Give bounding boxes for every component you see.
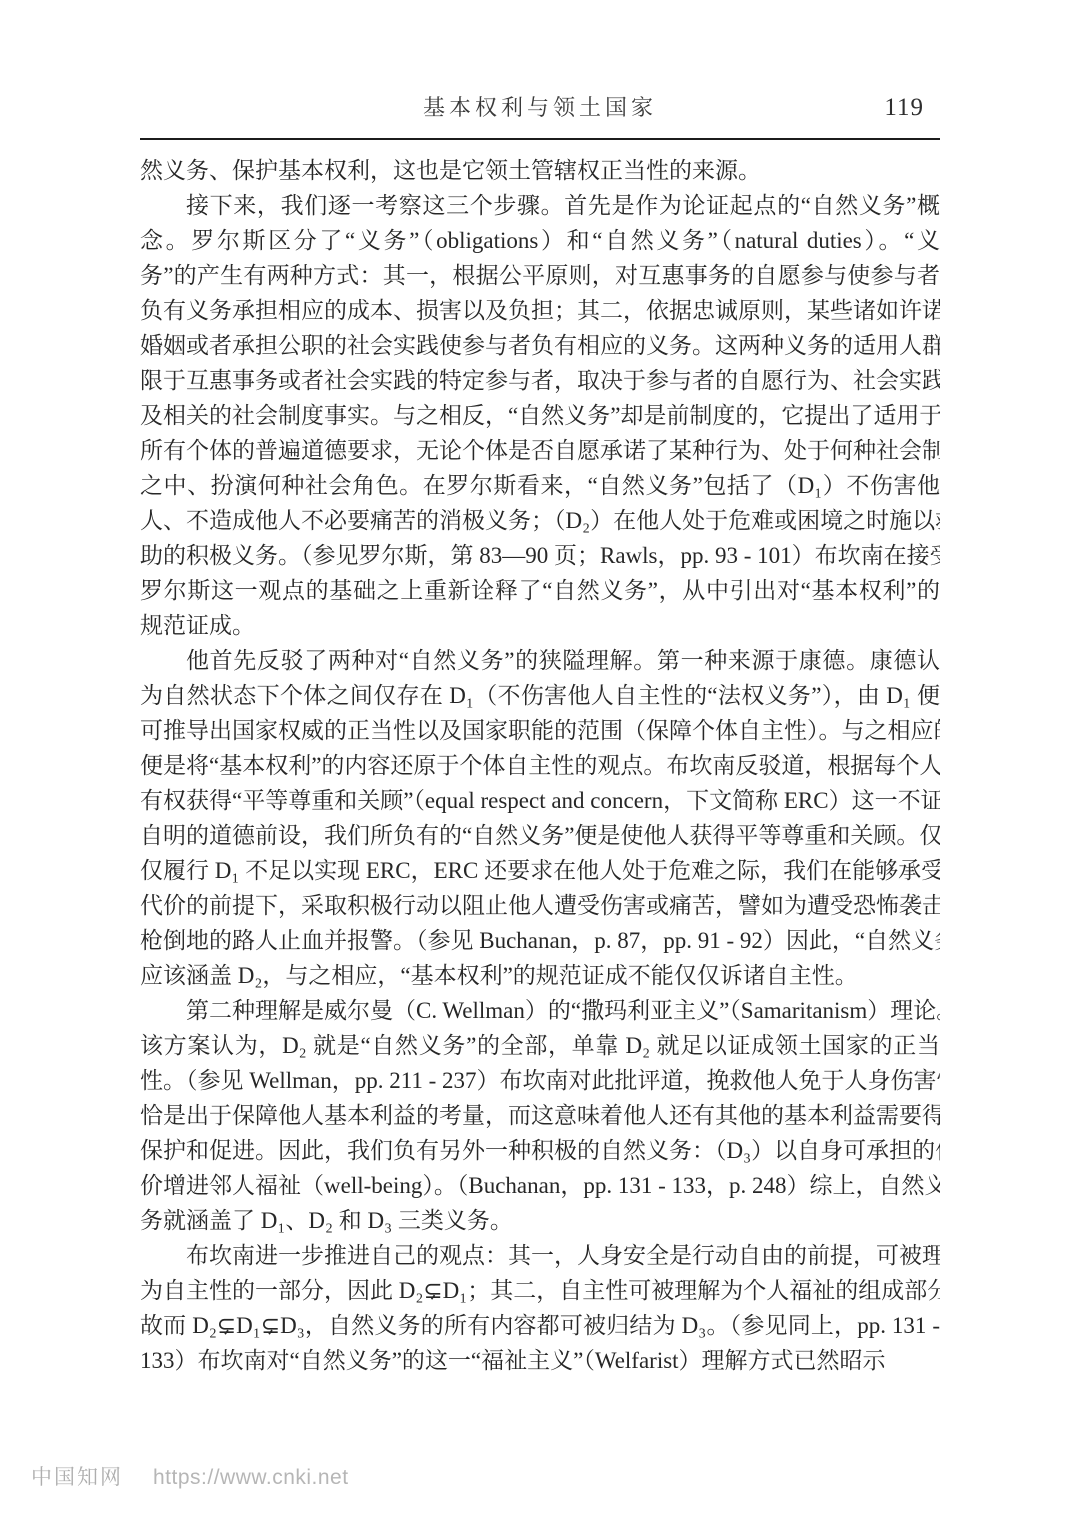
text-line: 务就涵盖了 D₁、D₂ 和 D₃ 三类义务。	[140, 1203, 940, 1238]
text-line: 故而 D₂⊊D₁⊊D₃，自然义务的所有内容都可被归结为 D₃。（参见同上，pp.…	[140, 1308, 940, 1343]
text-line: 仅履行 D₁ 不足以实现 ERC，ERC 还要求在他人处于危难之际，我们在能够承…	[140, 853, 940, 888]
text-line: 自明的道德前设，我们所负有的“自然义务”便是使他人获得平等尊重和关顾。仅	[140, 818, 940, 853]
text-line: 代价的前提下，采取积极行动以阻止他人遭受伤害或痛苦，譬如为遭受恐怖袭击中	[140, 888, 940, 923]
text-line: 之中、扮演何种社会角色。在罗尔斯看来，“自然义务”包括了（D₁）不伤害他	[140, 468, 940, 503]
text-line: 然义务、保护基本权利，这也是它领土管辖权正当性的来源。	[140, 153, 940, 188]
text-line: 务”的产生有两种方式：其一，根据公平原则，对互惠事务的自愿参与使参与者	[140, 258, 940, 293]
paragraph: 布坎南进一步推进自己的观点：其一，人身安全是行动自由的前提，可被理解为自主性的一…	[140, 1238, 940, 1378]
text-line: 133）布坎南对“自然义务”的这一“福祉主义”（Welfarist）理解方式已然…	[140, 1343, 940, 1378]
page-number: 119	[884, 94, 924, 122]
page-header: 基本权利与领土国家 119	[140, 94, 940, 140]
article-body: 然义务、保护基本权利，这也是它领土管辖权正当性的来源。接下来，我们逐一考察这三个…	[140, 153, 940, 1378]
text-line: 价增进邻人福祉（well-being）。（Buchanan，pp. 131 - …	[140, 1168, 940, 1203]
text-line: 人、不造成他人不必要痛苦的消极义务；（D₂）在他人处于危难或困境之时施以救	[140, 503, 940, 538]
text-line: 婚姻或者承担公职的社会实践使参与者负有相应的义务。这两种义务的适用人群仅	[140, 328, 940, 363]
text-line: 所有个体的普遍道德要求，无论个体是否自愿承诺了某种行为、处于何种社会制度	[140, 433, 940, 468]
text-line: 为自主性的一部分，因此 D₂⊊D₁；其二，自主性可被理解为个人福祉的组成部分。	[140, 1273, 940, 1308]
text-line: 枪倒地的路人止血并报警。（参见 Buchanan，p. 87，pp. 91 - …	[140, 923, 940, 958]
text-line: 有权获得“平等尊重和关顾”（equal respect and concern，…	[140, 783, 940, 818]
running-title: 基本权利与领土国家	[140, 94, 940, 122]
paragraph: 然义务、保护基本权利，这也是它领土管辖权正当性的来源。	[140, 153, 940, 188]
cnki-watermark-brand: 中国知网	[31, 1466, 123, 1489]
text-line: 念。罗尔斯区分了“义务”（obligations）和“自然义务”（natural…	[140, 223, 940, 258]
text-line: 应该涵盖 D₂，与之相应，“基本权利”的规范证成不能仅仅诉诸自主性。	[140, 958, 940, 993]
text-line: 限于互惠事务或者社会实践的特定参与者，取决于参与者的自愿行为、社会实践以	[140, 363, 940, 398]
text-line: 布坎南进一步推进自己的观点：其一，人身安全是行动自由的前提，可被理解	[140, 1238, 940, 1273]
text-line: 恰是出于保障他人基本利益的考量，而这意味着他人还有其他的基本利益需要得到	[140, 1098, 940, 1133]
text-line: 性。（参见 Wellman，pp. 211 - 237）布坎南对此批评道，挽救他…	[140, 1063, 940, 1098]
paragraph: 他首先反驳了两种对“自然义务”的狭隘理解。第一种来源于康德。康德认为自然状态下个…	[140, 643, 940, 993]
cnki-watermark-url: https://www.cnki.net	[153, 1466, 349, 1489]
text-line: 可推导出国家权威的正当性以及国家职能的范围（保障个体自主性）。与之相应的	[140, 713, 940, 748]
text-line: 保护和促进。因此，我们负有另外一种积极的自然义务：（D₃）以自身可承担的代	[140, 1133, 940, 1168]
text-line: 该方案认为，D₂ 就是“自然义务”的全部，单靠 D₂ 就足以证成领土国家的正当	[140, 1028, 940, 1063]
page-footer: 中国知网https://www.cnki.net	[31, 1464, 349, 1492]
text-line: 助的积极义务。（参见罗尔斯，第 83—90 页；Rawls，pp. 93 - 1…	[140, 538, 940, 573]
text-line: 他首先反驳了两种对“自然义务”的狭隘理解。第一种来源于康德。康德认	[140, 643, 940, 678]
text-line: 便是将“基本权利”的内容还原于个体自主性的观点。布坎南反驳道，根据每个人	[140, 748, 940, 783]
text-line: 为自然状态下个体之间仅存在 D₁（不伤害他人自主性的“法权义务”），由 D₁ 便	[140, 678, 940, 713]
text-line: 接下来，我们逐一考察这三个步骤。首先是作为论证起点的“自然义务”概	[140, 188, 940, 223]
text-line: 负有义务承担相应的成本、损害以及负担；其二，依据忠诚原则，某些诸如许诺、	[140, 293, 940, 328]
text-line: 第二种理解是威尔曼（C. Wellman）的“撒玛利亚主义”（Samaritan…	[140, 993, 940, 1028]
text-line: 罗尔斯这一观点的基础之上重新诠释了“自然义务”，从中引出对“基本权利”的	[140, 573, 940, 608]
text-line: 规范证成。	[140, 608, 940, 643]
paragraph: 接下来，我们逐一考察这三个步骤。首先是作为论证起点的“自然义务”概念。罗尔斯区分…	[140, 188, 940, 643]
document-page: 基本权利与领土国家 119 然义务、保护基本权利，这也是它领土管辖权正当性的来源…	[0, 0, 1080, 1528]
paragraph: 第二种理解是威尔曼（C. Wellman）的“撒玛利亚主义”（Samaritan…	[140, 993, 940, 1238]
text-line: 及相关的社会制度事实。与之相反，“自然义务”却是前制度的，它提出了适用于	[140, 398, 940, 433]
